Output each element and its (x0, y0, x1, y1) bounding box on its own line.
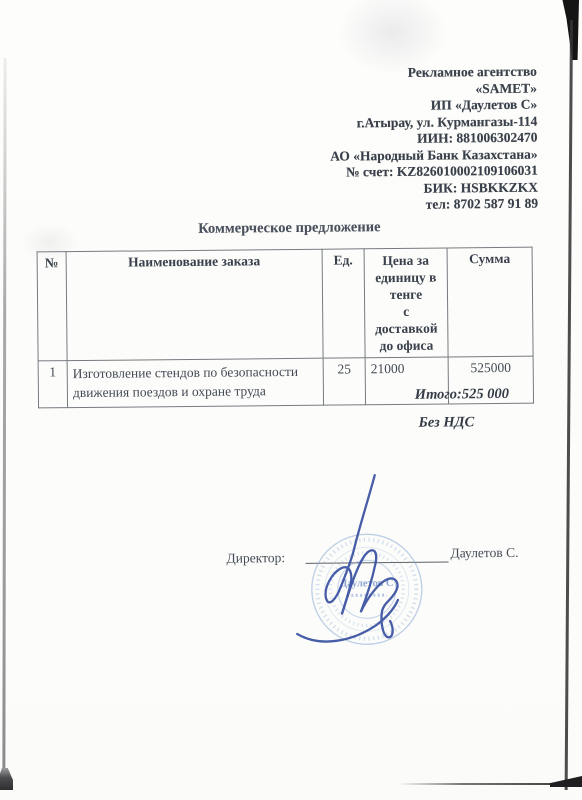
director-name: Даулетов С. (450, 545, 518, 562)
letterhead-line-brand: «SAMET» (329, 80, 537, 98)
col-header-sum: Сумма (447, 247, 533, 357)
col-header-unit-price: Цена за единицу в тенге с доставкой до о… (364, 248, 448, 358)
scan-smudge-title (20, 222, 80, 262)
letterhead-line-phone: тел: 8702 587 91 89 (331, 196, 539, 214)
director-label: Директор: (226, 550, 285, 567)
col-header-order-name: Наименование заказа (66, 249, 323, 360)
row-units-cell: 25 (323, 358, 365, 405)
scanned-commercial-offer: Рекламное агентство «SAMET» ИП «Даулетов… (0, 0, 582, 800)
total-amount: Итого:525 000 (415, 386, 509, 404)
letterhead-block: Рекламное агентство «SAMET» ИП «Даулетов… (329, 64, 538, 214)
handwritten-signature (279, 462, 415, 655)
letterhead-line-bik: БИК: HSBKKZKX (330, 179, 538, 197)
row-number-cell: 1 (38, 361, 67, 408)
offer-table: № Наименование заказа Ед. Цена за единиц… (37, 247, 534, 409)
letterhead-line-bank: АО «Народный Банк Казахстана» (330, 146, 538, 164)
page-content: Рекламное агентство «SAMET» ИП «Даулетов… (0, 0, 582, 800)
document-title: Коммерческое предложение (0, 217, 580, 240)
row-order-name-cell: Изготовление стендов по безопасности дви… (67, 358, 323, 407)
col-header-units: Ед. (322, 249, 365, 358)
scan-smudge-top (338, 0, 448, 75)
letterhead-line-owner: ИП «Даулетов С» (330, 97, 538, 115)
col-header-number: № (37, 252, 67, 361)
vat-note: Без НДС (419, 414, 475, 432)
letterhead-line-address: г.Атырау, ул. Курмангазы-114 (330, 113, 538, 131)
letterhead-line-account: № счет: KZ826010002109106031 (330, 163, 538, 181)
letterhead-line-iin: ИИН: 881006302470 (330, 130, 538, 148)
table-header-row: № Наименование заказа Ед. Цена за единиц… (37, 247, 533, 361)
